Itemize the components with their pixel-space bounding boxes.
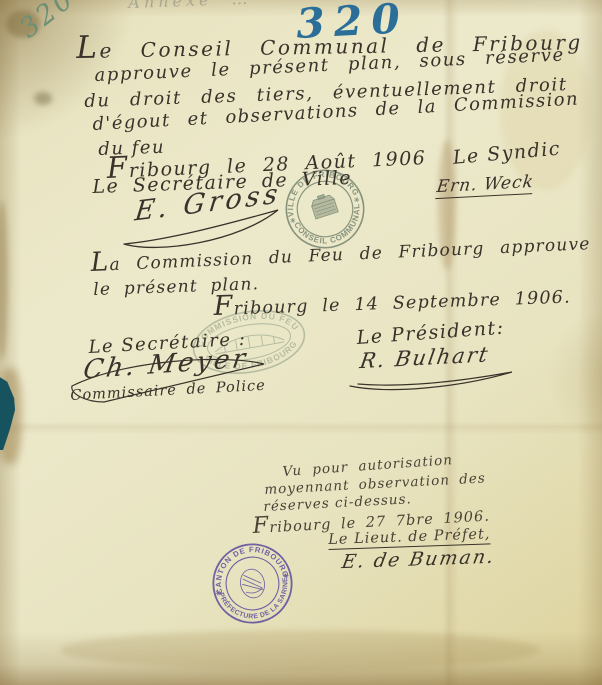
corner-archive-number: 320 <box>14 0 81 44</box>
prefecture-stamp: CANTON DE FRIBOURG PRÉFECTURE DE LA SARI… <box>201 532 304 635</box>
commission-place-date: Fribourg le 14 Septembre 1906. <box>213 279 571 322</box>
aging-patch-bottom <box>60 630 540 670</box>
prefecture-signature: E. de Buman. <box>340 546 497 573</box>
svg-text:PRÉFECTURE DE LA SARINE: PRÉFECTURE DE LA SARINE <box>217 576 297 629</box>
left-edge-wear <box>0 200 8 360</box>
prefecture-stamp-bottom-text: PRÉFECTURE DE LA SARINE <box>217 576 297 629</box>
ink-blot-small <box>34 92 52 105</box>
document-page: Annexe … 320 320 Le Conseil Communal de … <box>0 0 602 685</box>
prefecture-stamp-coat-of-arms-icon <box>237 567 267 601</box>
syndic-signature: Ern. Weck <box>435 172 535 199</box>
conseil-stamp-building-icon <box>309 192 338 219</box>
syndic-title: Le Syndic <box>452 138 562 169</box>
pencil-annotation: Annexe … <box>128 0 252 12</box>
